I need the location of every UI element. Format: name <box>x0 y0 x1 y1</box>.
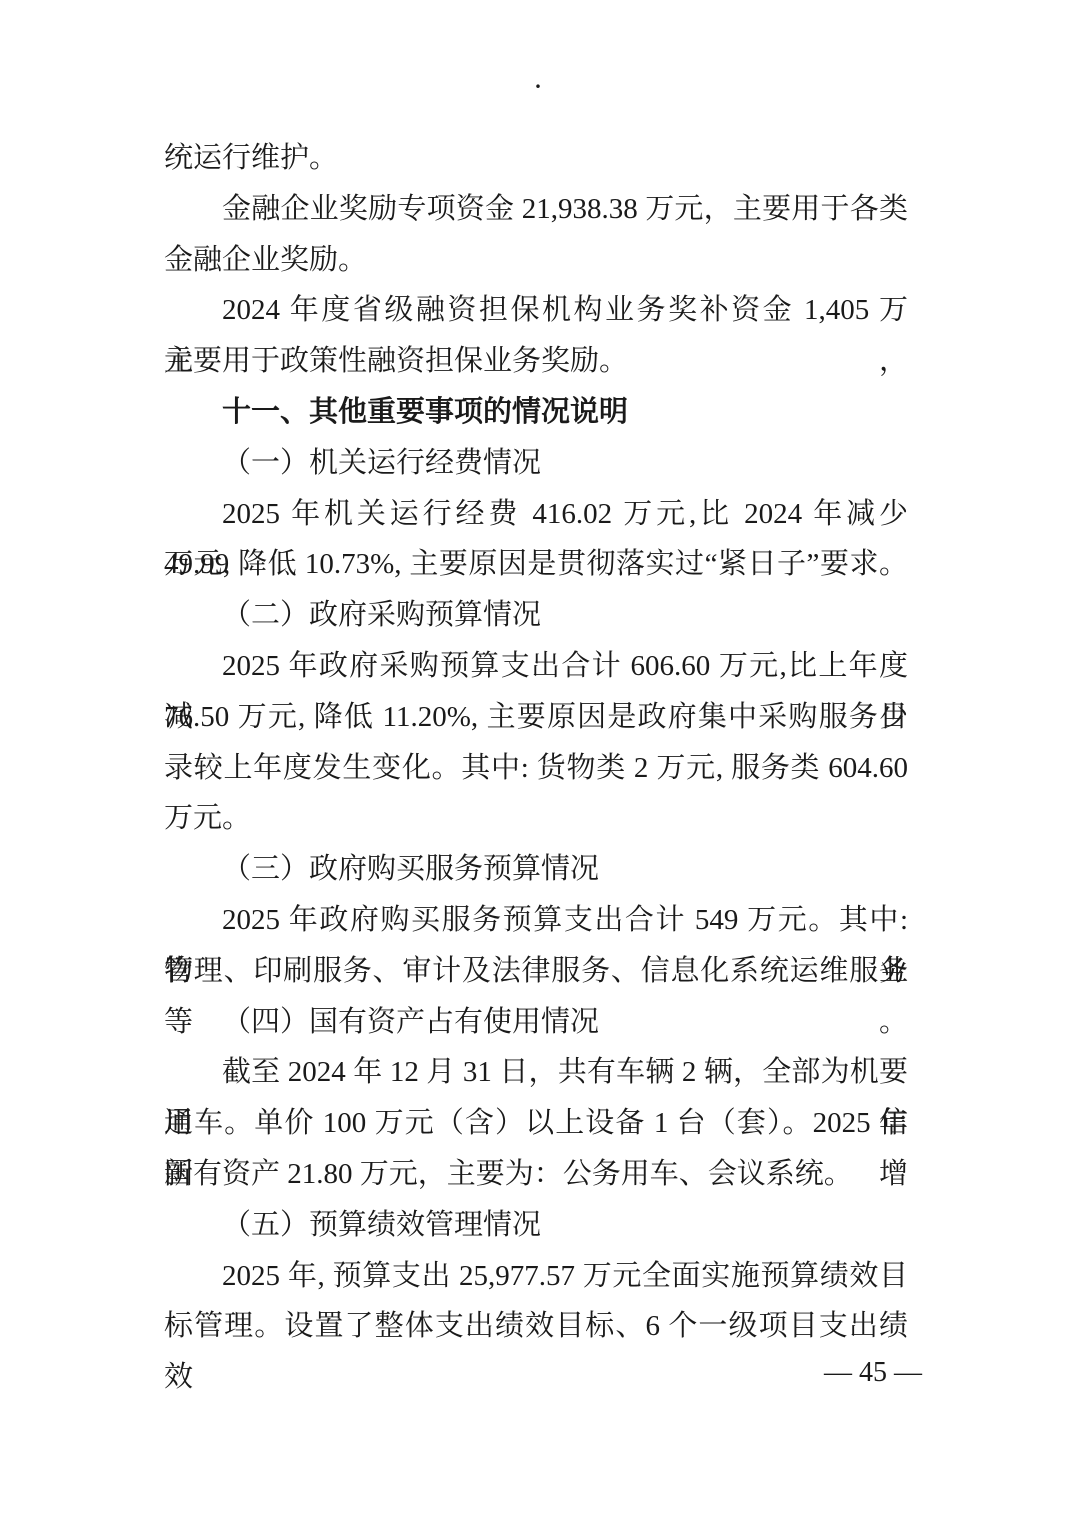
subsection-heading: （一）机关运行经费情况 <box>164 438 908 489</box>
stray-dot-mark: . <box>532 66 544 96</box>
subsection-heading: （三）政府购买服务预算情况 <box>164 844 908 895</box>
body-text-line: 2025 年政府购买服务预算支出合计 549 万元。其中: 物业 <box>164 895 908 946</box>
body-text-line: 2025 年, 预算支出 25,977.57 万元全面实施预算绩效目 <box>164 1251 908 1302</box>
body-text-line: 万元, 降低 10.73%, 主要原因是贯彻落实过“紧日子”要求。 <box>164 539 908 590</box>
body-text-line: 截至 2024 年 12 月 31 日，共有车辆 2 辆，全部为机要通信 <box>164 1047 908 1098</box>
body-text-line: 金融企业奖励专项资金 21,938.38 万元，主要用于各类 <box>164 184 908 235</box>
body-text-line: 标管理。设置了整体支出绩效目标、6 个一级项目支出绩效 <box>164 1301 908 1352</box>
body-text-line: 2025 年机关运行经费 416.02 万元,比 2024 年减少 49.99 <box>164 489 908 540</box>
body-text-line: 2025 年政府采购预算支出合计 606.60 万元,比上年度减少 <box>164 641 908 692</box>
page-number: — 45 — <box>808 1356 938 1390</box>
body-text-line: 统运行维护。 <box>164 133 908 184</box>
subsection-heading: （二）政府采购预算情况 <box>164 590 908 641</box>
subsection-heading: （五）预算绩效管理情况 <box>164 1200 908 1251</box>
document-page: . 统运行维护。金融企业奖励专项资金 21,938.38 万元，主要用于各类金融… <box>0 0 1074 1520</box>
body-text-line: 用车。单价 100 万元（含）以上设备 1 台（套）。2025 年新增 <box>164 1098 908 1149</box>
body-text-line: 金融企业奖励。 <box>164 235 908 286</box>
section-heading: 十一、其他重要事项的情况说明 <box>164 387 908 438</box>
body-text-line: 国有资产 21.80 万元，主要为：公务用车、会议系统。 <box>164 1149 908 1200</box>
body-text-line: 2024 年度省级融资担保机构业务奖补资金 1,405 万元， <box>164 285 908 336</box>
body-text-line: 管理、印刷服务、审计及法律服务、信息化系统运维服务等。 <box>164 946 908 997</box>
body-text-line: 76.50 万元, 降低 11.20%, 主要原因是政府集中采购服务目 <box>164 692 908 743</box>
body-text-line: 录较上年度发生变化。其中: 货物类 2 万元, 服务类 604.60 <box>164 743 908 794</box>
document-body: 统运行维护。金融企业奖励专项资金 21,938.38 万元，主要用于各类金融企业… <box>164 133 908 1352</box>
body-text-line: 万元。 <box>164 793 908 844</box>
